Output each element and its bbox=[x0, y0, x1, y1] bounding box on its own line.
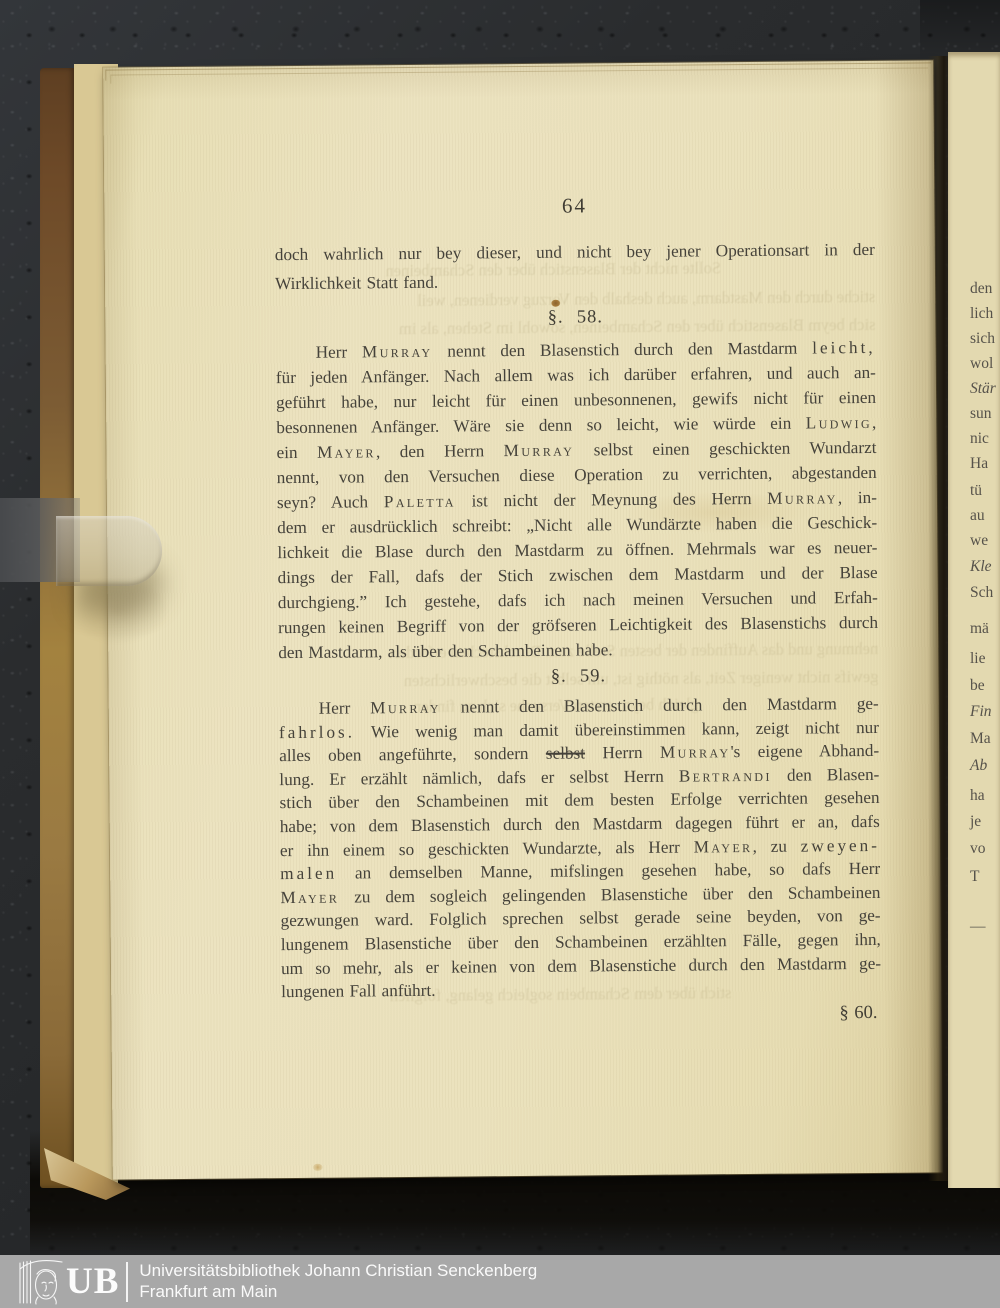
section-heading-59: §. 59. bbox=[278, 661, 878, 692]
goethe-portrait-icon bbox=[18, 1259, 64, 1305]
library-name: Universitätsbibliothek Johann Christian … bbox=[139, 1261, 537, 1302]
adjacent-page-word-fragment: je bbox=[970, 813, 981, 831]
adjacent-page-word-fragment: T bbox=[970, 868, 979, 886]
adjacent-page-word-fragment: mä bbox=[970, 620, 989, 638]
text-line: doch wahrlich nur bey dieser, und nicht … bbox=[275, 235, 875, 269]
section-heading-58: §. 58. bbox=[275, 302, 875, 333]
text-line: rungen keinen Begriff von der gröfseren … bbox=[278, 610, 878, 640]
logo-initials: UB bbox=[66, 1262, 119, 1302]
adjacent-page-word-fragment: sun bbox=[970, 405, 992, 423]
adjacent-page-word-fragment: nic bbox=[970, 430, 989, 448]
library-logo: UB bbox=[18, 1259, 128, 1305]
adjacent-page-word-fragment: Sch bbox=[970, 584, 993, 602]
adjacent-page-word-fragment: Ha bbox=[970, 455, 988, 473]
adjacent-page-word-fragment: den bbox=[970, 280, 992, 298]
paragraph-section-59: Herr Murray nennt den Blasenstich durch … bbox=[279, 692, 882, 1004]
strap-shadow bbox=[70, 578, 166, 642]
adjacent-page-word-fragment: lie bbox=[970, 650, 986, 668]
adjacent-page-word-fragment: vo bbox=[970, 840, 986, 858]
library-name-line1: Universitätsbibliothek Johann Christian … bbox=[139, 1261, 537, 1282]
adjacent-page-word-fragment: Fin bbox=[970, 703, 992, 721]
library-footer-bar: UB Universitätsbibliothek Johann Christi… bbox=[0, 1255, 1000, 1308]
adjacent-page-word-fragment: Stär bbox=[970, 380, 996, 398]
section-heading-60: § 60. bbox=[281, 1000, 881, 1031]
foxing-spot bbox=[313, 1164, 323, 1171]
adjacent-page-word-fragment: ha bbox=[970, 787, 985, 805]
logo-divider bbox=[126, 1262, 128, 1302]
page-number: 64 bbox=[274, 191, 874, 230]
adjacent-page-word-fragment: lich bbox=[970, 305, 993, 323]
adjacent-page-word-fragment: au bbox=[970, 507, 985, 525]
adjacent-page-word-fragment: tü bbox=[970, 482, 982, 500]
adjacent-page-word-fragment: be bbox=[970, 677, 985, 695]
adjacent-page-word-fragment: Ma bbox=[970, 730, 991, 748]
page-text-block: 64 doch wahrlich nur bey dieser, und nic… bbox=[274, 191, 881, 1031]
adjacent-page-sliver: denlichsichwolStärsunnicHatüauweKleSchmä… bbox=[948, 52, 1000, 1188]
scanned-book-page: Sollte nicht der Blasenstich über den Sc… bbox=[103, 60, 943, 1179]
adjacent-page-word-fragment: — bbox=[970, 918, 986, 936]
transparent-page-holder bbox=[56, 516, 162, 586]
book-cover-edge bbox=[40, 68, 76, 1188]
adjacent-page-word-fragment: Kle bbox=[970, 558, 992, 576]
text-line: Wirklichkeit Statt fand. bbox=[275, 264, 875, 298]
paragraph-section-58: Herr Murray nennt den Blasenstich durch … bbox=[276, 335, 879, 665]
text-line: den Mastdarm, als über den Schambeinen h… bbox=[278, 635, 878, 665]
paragraph-carryover: doch wahrlich nur bey dieser, und nicht … bbox=[275, 235, 875, 298]
adjacent-page-word-fragment: Ab bbox=[970, 757, 987, 775]
adjacent-page-word-fragment: wol bbox=[970, 355, 993, 373]
book-gutter bbox=[928, 56, 950, 1181]
adjacent-page-word-fragment: we bbox=[970, 532, 988, 550]
library-name-line2: Frankfurt am Main bbox=[139, 1282, 537, 1303]
adjacent-page-word-fragment: sich bbox=[970, 330, 995, 348]
